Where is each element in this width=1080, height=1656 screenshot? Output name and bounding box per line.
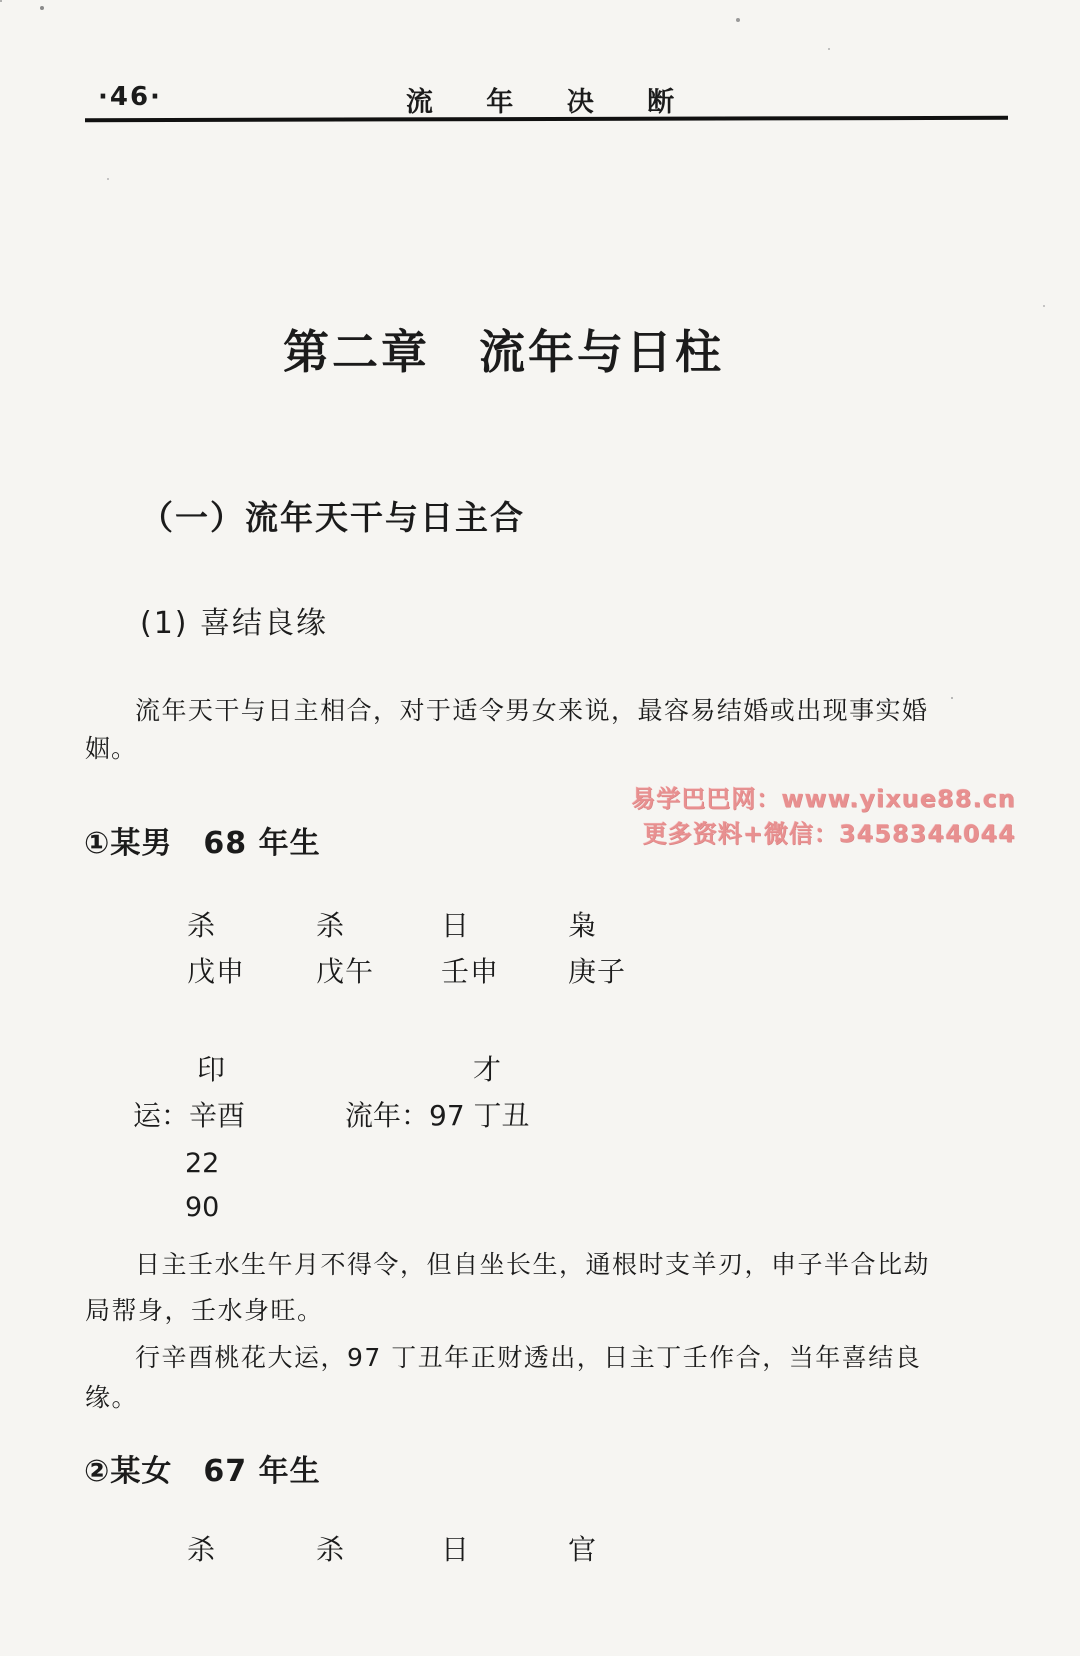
example1-heading: ①某男 68 年生 [84, 818, 321, 862]
example1-analysis-paragraph1: 日主壬水生午月不得令，但自坐长生，通根时支羊刃，申子半合比劫局帮身，壬水身旺。 [85, 1242, 930, 1334]
scan-artifacts [0, 0, 2, 2]
intro-paragraph: 流年天干与日主相合，对于适令男女来说，最容易结婚或出现事实婚姻。 [85, 692, 928, 768]
example1-luck-pillar: 运：辛酉 [133, 1094, 245, 1134]
example1-pillar-hour: 庚子 [568, 950, 626, 990]
example2-heading: ②某女 67 年生 [84, 1446, 321, 1490]
example1-flow-year: 流年：97 丁丑 [345, 1094, 530, 1134]
example2-god-day: 日 [441, 1528, 470, 1568]
example1-analysis-paragraph2: 行辛酉桃花大运，97 丁丑年正财透出，日主丁壬作合，当年喜结良缘。 [85, 1338, 930, 1418]
watermark-line2: 更多资料+微信：3458344044 [631, 817, 1016, 852]
example1-luck-age: 22 [185, 1148, 219, 1179]
example1-pillar-day: 壬申 [441, 950, 499, 990]
example1-god-month: 杀 [316, 904, 345, 944]
subsection-title: (1) 喜结良缘 [140, 598, 328, 642]
section-title: （一）流年天干与日主合 [140, 492, 525, 539]
book-page: ·46· 流 年 决 断 第二章 流年与日柱 （一）流年天干与日主合 (1) 喜… [0, 0, 1080, 1656]
example1-god-hour: 枭 [568, 904, 597, 944]
example2-god-month: 杀 [316, 1528, 345, 1568]
watermark: 易学巴巴网：www.yixue88.cn 更多资料+微信：3458344044 [631, 782, 1016, 852]
example1-god-year: 杀 [187, 904, 216, 944]
example2-god-year: 杀 [187, 1528, 216, 1568]
example1-luck-start-year: 90 [185, 1192, 219, 1223]
example1-year-god: 才 [473, 1048, 501, 1088]
watermark-line1: 易学巴巴网：www.yixue88.cn [631, 782, 1016, 817]
example1-pillar-month: 戊午 [316, 950, 374, 990]
chapter-title: 第二章 流年与日柱 [283, 316, 724, 382]
example1-pillar-year: 戊申 [187, 950, 245, 990]
example2-god-hour: 官 [568, 1528, 597, 1568]
running-head-book-title: 流 年 决 断 [0, 80, 1080, 119]
example1-luck-god: 印 [197, 1048, 225, 1088]
example1-god-day: 日 [441, 904, 470, 944]
